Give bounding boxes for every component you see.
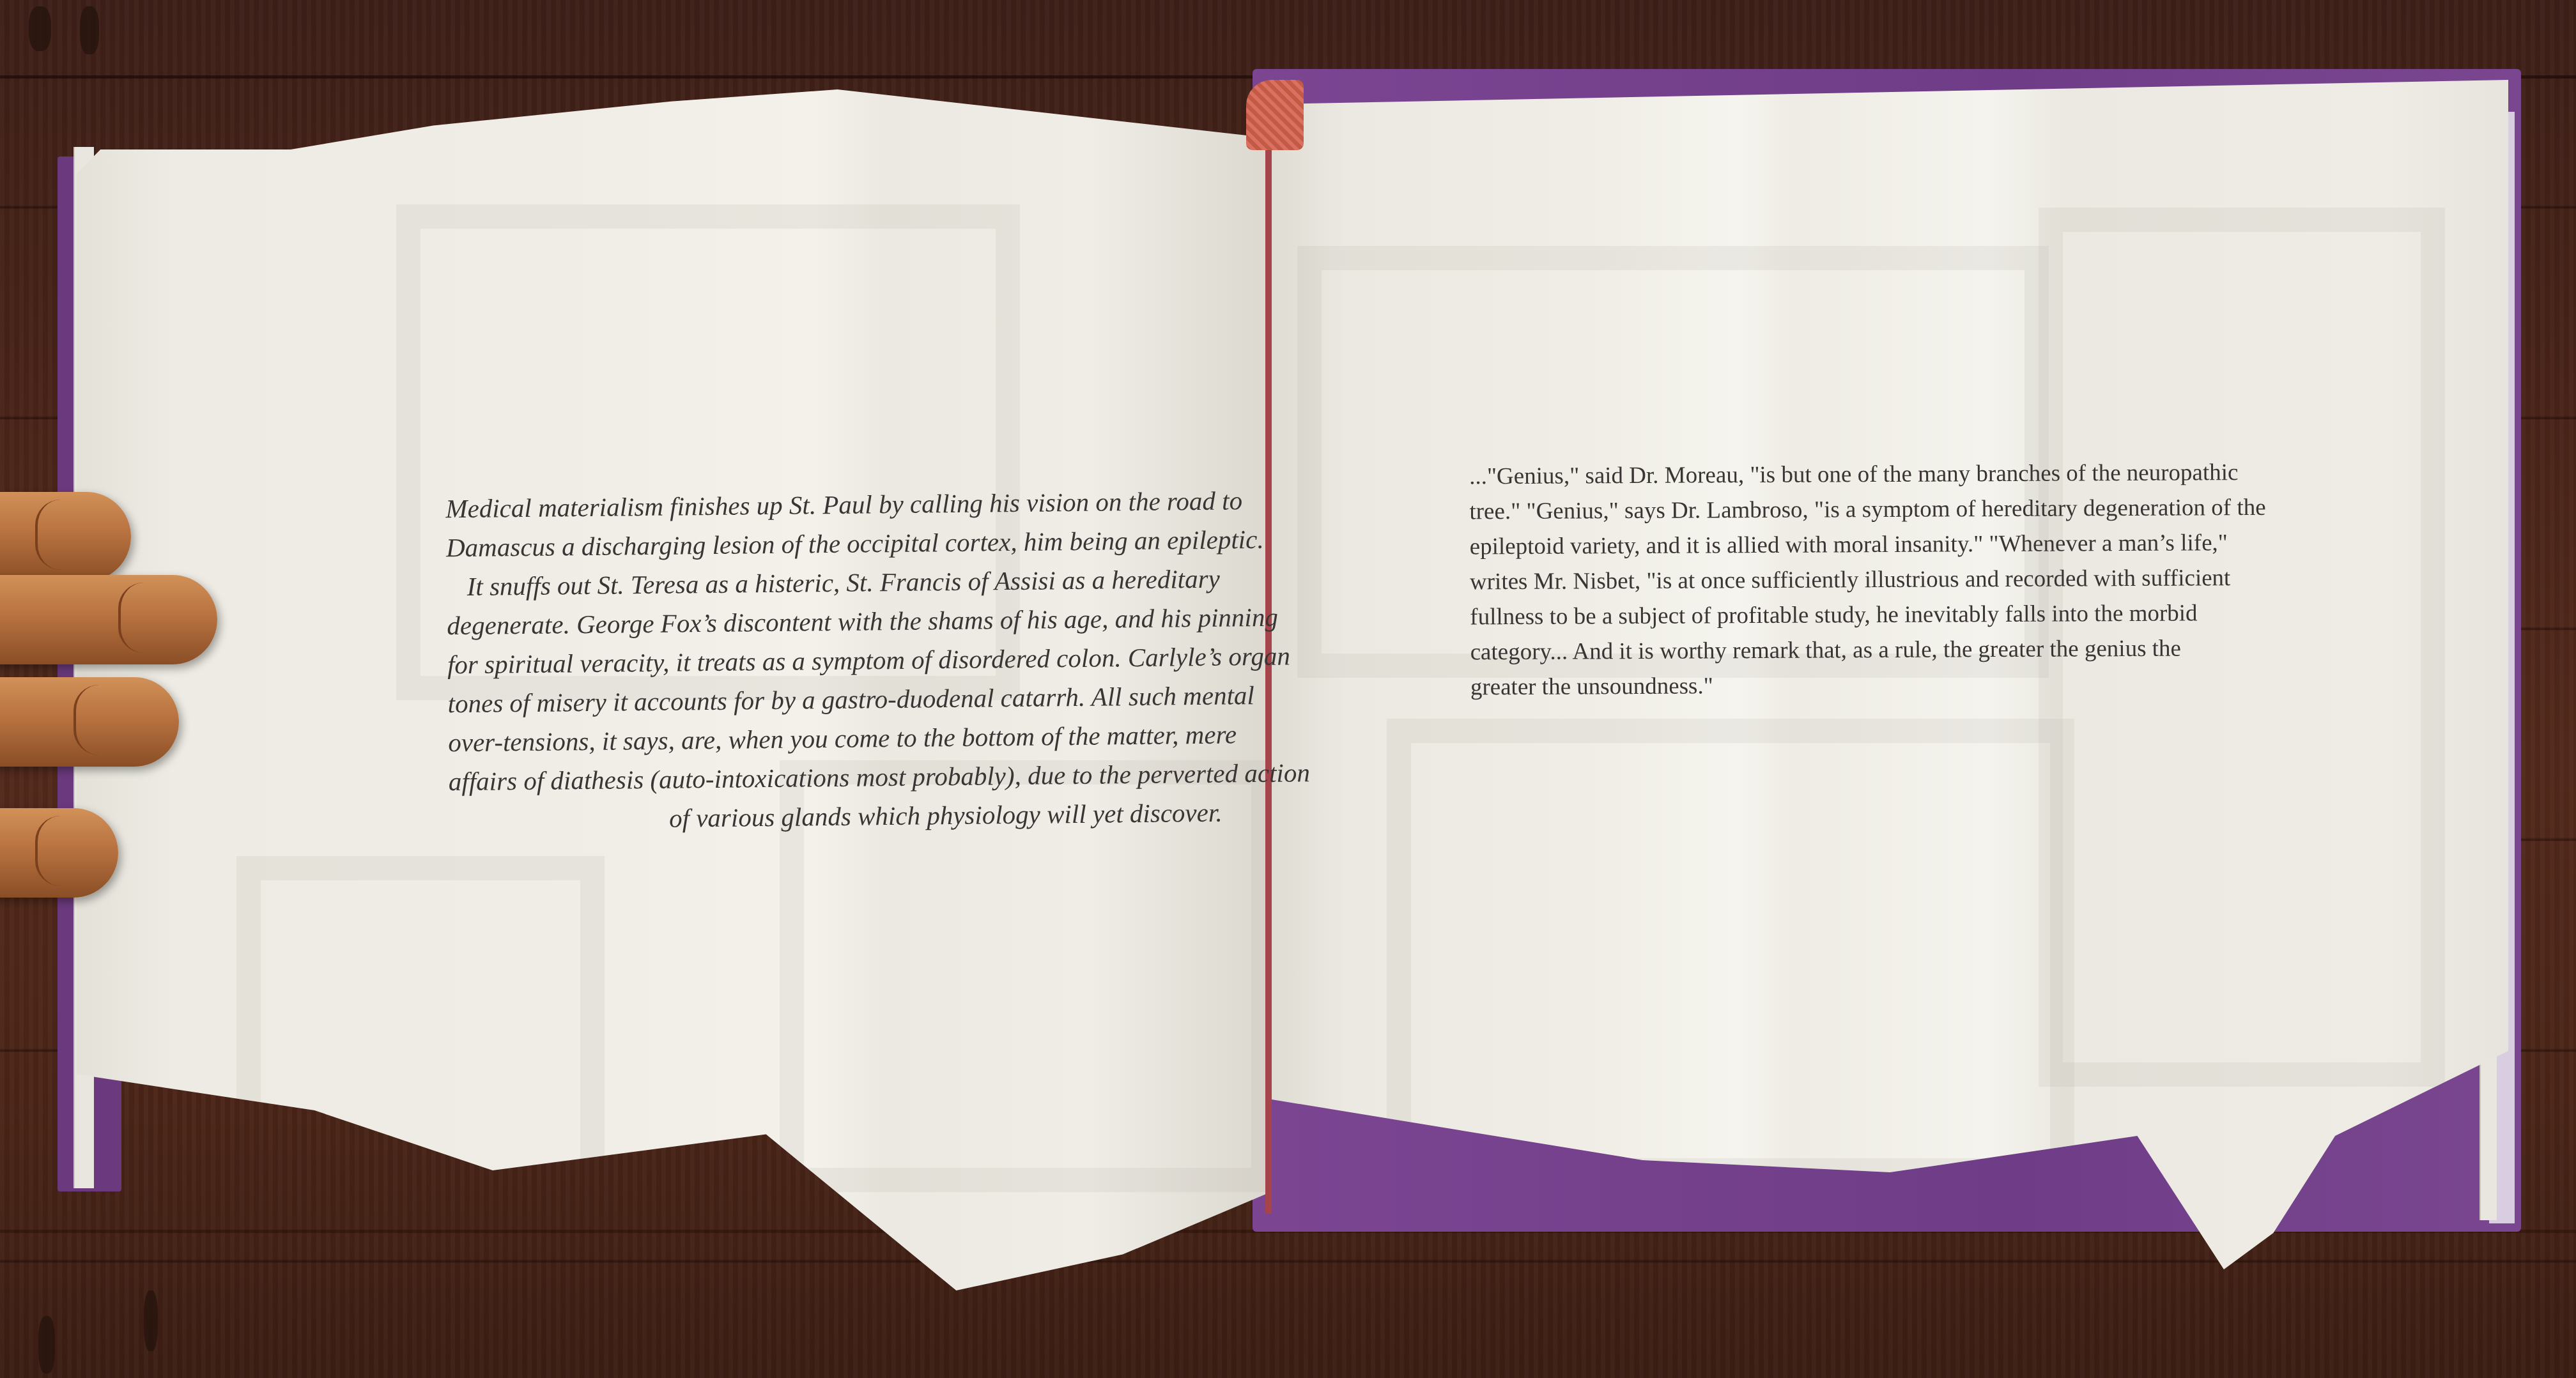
- text-line: fullness to be a subject of profitable s…: [1470, 595, 2294, 635]
- left-page-text: Medical materialism finishes up St. Paul…: [445, 482, 1222, 841]
- wood-knot: [80, 6, 99, 54]
- wood-knot: [38, 1316, 55, 1374]
- text-line: category... And it is worthy remark that…: [1470, 631, 2294, 670]
- right-page-text: ..."Genius," said Dr. Moreau, "is but on…: [1469, 455, 2295, 705]
- wood-knot: [144, 1290, 158, 1351]
- text-line: greater the unsoundness.": [1470, 666, 2295, 705]
- text-line: writes Mr. Nisbet, "is at once sufficien…: [1470, 560, 2294, 600]
- text-line: epileptoid variety, and it is allied wit…: [1470, 525, 2294, 565]
- wooden-hand-finger: [0, 808, 118, 898]
- text-line: tree." "Genius," says Dr. Lambroso, "is …: [1469, 490, 2294, 530]
- fingernail: [35, 500, 121, 570]
- fingernail: [73, 685, 159, 755]
- text-line: of various glands which physiology will …: [449, 793, 1222, 841]
- spine-headband: [1246, 80, 1304, 150]
- maze-watermark: [1387, 719, 2074, 1183]
- bookmark-ribbon: [1265, 128, 1272, 1214]
- wooden-hand-finger: [0, 492, 131, 581]
- fingernail: [118, 583, 204, 653]
- fingernail: [35, 816, 121, 886]
- text-line: ..."Genius," said Dr. Moreau, "is but on…: [1469, 455, 2294, 494]
- wooden-hand-finger: [0, 677, 179, 767]
- wooden-hand-finger: [0, 575, 217, 664]
- maze-watermark: [236, 856, 605, 1224]
- wood-knot: [29, 6, 51, 51]
